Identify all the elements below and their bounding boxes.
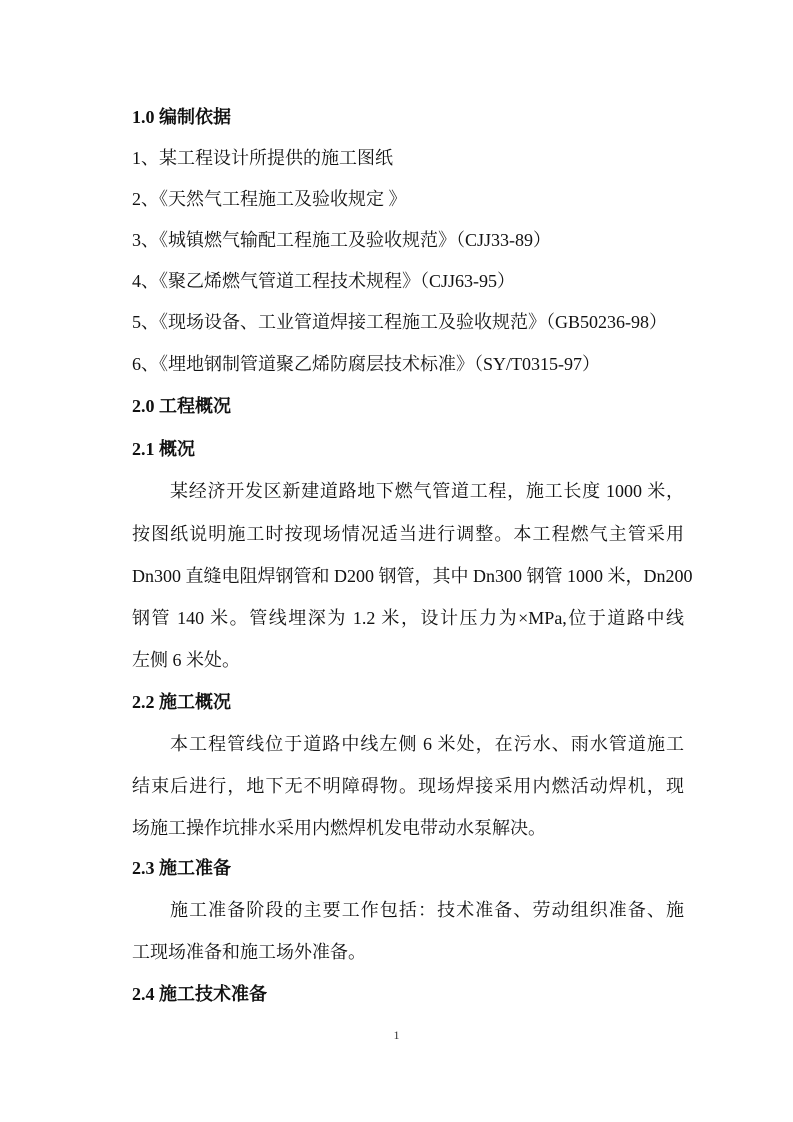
section-heading-2-2: 2.2 施工概况 (132, 690, 684, 714)
paragraph-2-1-line-2: 按图纸说明施工时按现场情况适当进行调整。本工程燃气主管采用 (132, 522, 684, 546)
paragraph-2-2-line-2: 结束后进行，地下无不明障碍物。现场焊接采用内燃活动焊机，现 (132, 774, 684, 798)
paragraph-2-1-line-3: Dn300 直缝电阻焊钢管和 D200 钢管，其中 Dn300 钢管 1000 … (132, 564, 684, 588)
reference-item-6: 6、《埋地钢制管道聚乙烯防腐层技术标准》（SY/T0315-97） (132, 352, 684, 376)
paragraph-2-1-line-1: 某经济开发区新建道路地下燃气管道工程，施工长度 1000 米， (170, 479, 684, 503)
reference-item-2: 2、《天然气工程施工及验收规定 》 (132, 187, 684, 211)
paragraph-2-2-line-1: 本工程管线位于道路中线左侧 6 米处，在污水、雨水管道施工 (170, 732, 684, 756)
paragraph-2-1-line-4: 钢管 140 米。管线埋深为 1.2 米，设计压力为×MPa,位于道路中线 (132, 606, 684, 630)
section-heading-2-4: 2.4 施工技术准备 (132, 982, 684, 1006)
paragraph-2-2-line-3: 场施工操作坑排水采用内燃焊机发电带动水泵解决。 (132, 816, 684, 840)
section-heading-1-0: 1.0 编制依据 (132, 105, 684, 129)
reference-item-3: 3、《城镇燃气输配工程施工及验收规范》（CJJ33-89） (132, 228, 684, 252)
paragraph-2-1-line-5: 左侧 6 米处。 (132, 648, 684, 672)
paragraph-2-3-line-2: 工现场准备和施工场外准备。 (132, 940, 684, 964)
section-heading-2-1: 2.1 概况 (132, 437, 684, 461)
page-number: 1 (0, 1028, 793, 1043)
reference-item-1: 1、某工程设计所提供的施工图纸 (132, 146, 684, 170)
section-heading-2-3: 2.3 施工准备 (132, 856, 684, 880)
paragraph-2-3-line-1: 施工准备阶段的主要工作包括：技术准备、劳动组织准备、施 (170, 898, 684, 922)
reference-item-5: 5、《现场设备、工业管道焊接工程施工及验收规范》（GB50236-98） (132, 310, 684, 334)
document-page: 1.0 编制依据 1、某工程设计所提供的施工图纸 2、《天然气工程施工及验收规定… (0, 0, 793, 1122)
section-heading-2-0: 2.0 工程概况 (132, 394, 684, 418)
reference-item-4: 4、《聚乙烯燃气管道工程技术规程》（CJJ63-95） (132, 269, 684, 293)
